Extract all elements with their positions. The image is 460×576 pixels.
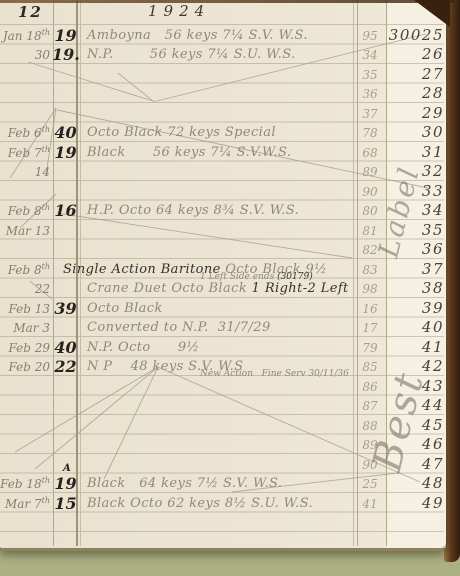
model-number: 16 xyxy=(52,201,79,220)
entry-date: Jan 18th xyxy=(0,28,53,43)
entry-description: N.P. 56 keys 7¼ S.U. W.S. xyxy=(87,47,355,62)
ledger-row: Feb 13 39 Octo Black 16 39 xyxy=(0,299,446,319)
book-top-edge xyxy=(0,0,454,3)
entry-date: 22 xyxy=(0,281,53,296)
ledger-row: Feb 6th 40 Octo Black 72 keys Special 78… xyxy=(0,123,446,143)
serial-number: 49 xyxy=(386,494,448,512)
entry-date: Feb 7th xyxy=(0,145,53,160)
model-number: 40 xyxy=(52,338,79,357)
serial-number: 38 xyxy=(386,279,448,297)
ledger-row: Feb 20 22 N P 48 keys S.V. W.S New Actio… xyxy=(0,357,446,377)
serial-number: 37 xyxy=(386,260,448,278)
batch-number: 17 xyxy=(356,321,384,335)
entry-description: Black Octo 62 keys 8½ S.U. W.S. xyxy=(87,496,355,511)
model-number: 40 xyxy=(52,123,79,142)
entry-date: Feb 8th xyxy=(0,203,53,218)
model-number: 15 xyxy=(52,494,79,513)
batch-number: 41 xyxy=(356,497,384,511)
entry-date: Feb 8th xyxy=(0,262,53,277)
page-number: 12 xyxy=(18,3,43,21)
serial-number: 29 xyxy=(386,104,448,122)
year-heading: 1924 xyxy=(148,2,210,20)
serial-number: 31 xyxy=(386,143,448,161)
entry-description: Converted to N.P. 31/7/29 xyxy=(87,320,355,335)
entry-date: Feb 18th xyxy=(0,476,53,491)
batch-number: 78 xyxy=(356,126,384,140)
ledger-row: Mar 7th 15 Black Octo 62 keys 8½ S.U. W.… xyxy=(0,494,446,514)
ledger-row: Jan 18th 19 Amboyna 56 keys 7¼ S.V. W.S.… xyxy=(0,26,446,46)
serial-number: 28 xyxy=(386,84,448,102)
entry-date: Mar 7th xyxy=(0,496,53,511)
ledger-row: 14 89 32 xyxy=(0,162,446,182)
batch-number: 16 xyxy=(356,302,384,316)
serial-number: 48 xyxy=(386,474,448,492)
entry-date: Feb 29 xyxy=(0,340,53,355)
entry-date: Feb 6th xyxy=(0,125,53,140)
entry-date: Mar 13 xyxy=(0,223,53,238)
serial-number: 26 xyxy=(386,45,448,63)
entry-description: H.P. Octo 64 keys 8¾ S.V. W.S. xyxy=(87,203,355,218)
serial-number: 30025 xyxy=(386,26,448,44)
batch-number: 34 xyxy=(356,48,384,62)
batch-number: 83 xyxy=(356,263,384,277)
entry-description: N.P. Octo 9½ xyxy=(87,340,355,355)
model-number: 19 xyxy=(52,26,79,45)
batch-number: 98 xyxy=(356,282,384,296)
model-number: 19. xyxy=(52,45,79,64)
ledger-row: 36 28 xyxy=(0,84,446,104)
entry-date: Feb 13 xyxy=(0,301,53,316)
entry-description: Octo Black 72 keys Special xyxy=(87,125,355,140)
entry-description: Amboyna 56 keys 7¼ S.V. W.S. xyxy=(87,28,355,43)
caret-mark: A xyxy=(63,463,71,474)
entry-date: Feb 20 xyxy=(0,359,53,374)
entry-description: Octo Black xyxy=(87,301,355,316)
ledger-paper: 12 1924 Jan 18th 19 Amboyna 56 keys 7¼ S… xyxy=(0,0,446,548)
ledger-row: 37 29 xyxy=(0,104,446,124)
model-number: 19 xyxy=(52,143,79,162)
model-number: 39 xyxy=(52,299,79,318)
entry-description: Crane Duet Octo Black 1 Right-2 Left xyxy=(87,281,355,296)
ledger-row: 30 19. N.P. 56 keys 7¼ S.U. W.S. 34 26 xyxy=(0,45,446,65)
serial-number: 39 xyxy=(386,299,448,317)
entry-date: Mar 3 xyxy=(0,320,53,335)
ledger-row: Feb 29 40 N.P. Octo 9½ 79 41 xyxy=(0,338,446,358)
serial-number: 41 xyxy=(386,338,448,356)
ledger-row: Mar 3 Converted to N.P. 31/7/29 17 40 xyxy=(0,318,446,338)
serial-number: 27 xyxy=(386,65,448,83)
model-number: 22 xyxy=(52,357,79,376)
batch-number: 25 xyxy=(356,477,384,491)
ledger-row: Feb 8th Single Action Baritone Octo Blac… xyxy=(0,260,446,280)
batch-number: 89 xyxy=(356,165,384,179)
ledger-scan: 12 1924 Jan 18th 19 Amboyna 56 keys 7¼ S… xyxy=(0,0,460,576)
serial-number: 30 xyxy=(386,123,448,141)
model-number: A19 xyxy=(52,474,79,493)
ledger-row: 90 33 xyxy=(0,182,446,202)
entry-description: Black 64 keys 7½ S.V. W.S. xyxy=(87,476,355,491)
batch-number: 90 xyxy=(356,185,384,199)
entry-date: 14 xyxy=(0,164,53,179)
entry-description: Black 56 keys 7¼ S.V.W.S. xyxy=(87,145,355,160)
ledger-row: 86 43 xyxy=(0,377,446,397)
ledger-row: Feb 7th 19 Black 56 keys 7¼ S.V.W.S. 68 … xyxy=(0,143,446,163)
batch-number: 37 xyxy=(356,107,384,121)
ledger-row: Feb 18th A19 Black 64 keys 7½ S.V. W.S. … xyxy=(0,474,446,494)
ledger-row: 22 Crane Duet Octo Black 1 Right-2 Left … xyxy=(0,279,446,299)
batch-number: 35 xyxy=(356,68,384,82)
batch-number: 68 xyxy=(356,146,384,160)
batch-number: 85 xyxy=(356,360,384,374)
batch-number: 36 xyxy=(356,87,384,101)
entry-date: 30 xyxy=(0,47,53,62)
batch-number: 95 xyxy=(356,29,384,43)
ledger-row: 35 27 xyxy=(0,65,446,85)
batch-number: 79 xyxy=(356,341,384,355)
serial-number: 40 xyxy=(386,318,448,336)
batch-number: 86 xyxy=(356,380,384,394)
